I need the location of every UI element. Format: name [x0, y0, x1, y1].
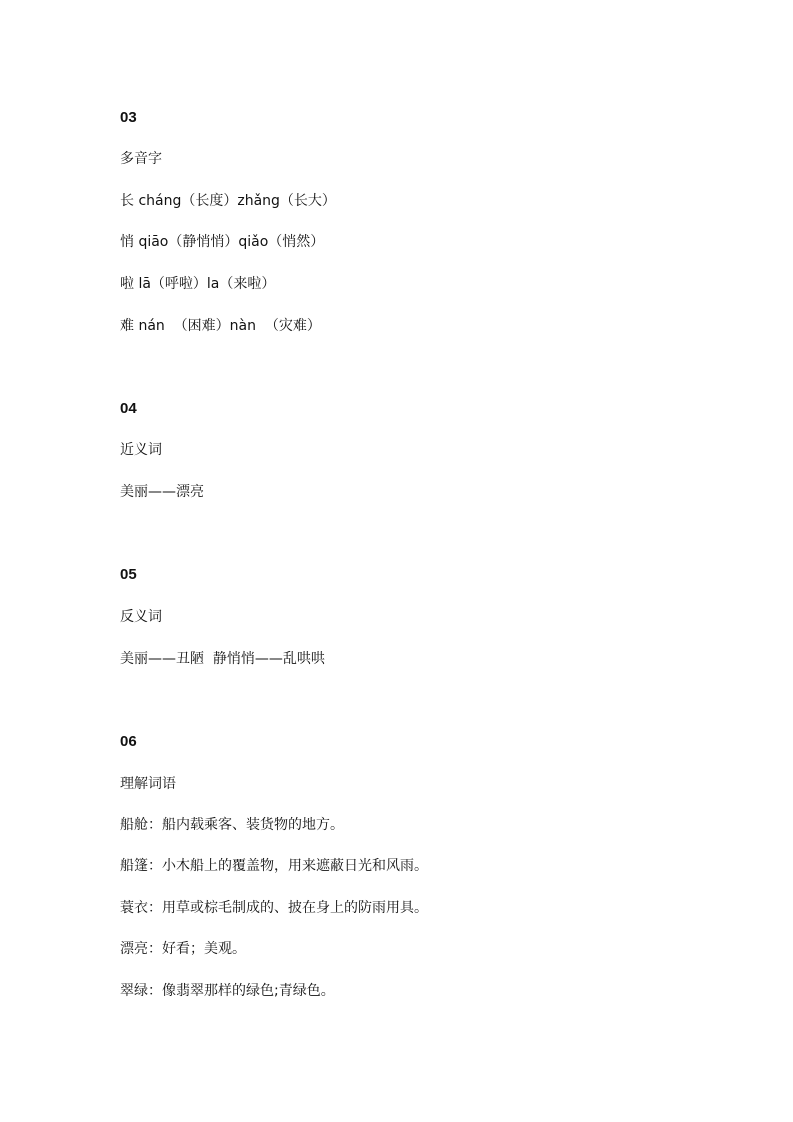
- section-title: 理解词语: [120, 775, 176, 793]
- definition-line: 船篷：小木船上的覆盖物，用来遮蔽日光和风雨。: [120, 857, 428, 875]
- antonym-line: 美丽——丑陋 静悄悄——乱哄哄: [120, 650, 325, 668]
- section-title: 近义词: [120, 441, 162, 459]
- definition-line: 船舱：船内载乘客、装货物的地方。: [120, 816, 344, 834]
- definition-line: 蓑衣：用草或棕毛制成的、披在身上的防雨用具。: [120, 899, 428, 917]
- synonym-line: 美丽——漂亮: [120, 483, 204, 501]
- polyphone-line: 悄 qiāo（静悄悄）qiǎo（悄然）: [120, 233, 324, 251]
- polyphone-line: 长 cháng（长度）zhǎng（长大）: [120, 192, 336, 210]
- section-title: 反义词: [120, 608, 162, 626]
- definition-line: 漂亮：好看；美观。: [120, 940, 246, 958]
- section-number: 05: [120, 566, 137, 584]
- section-title: 多音字: [120, 150, 162, 168]
- polyphone-line: 啦 lā（呼啦）la（来啦）: [120, 275, 275, 293]
- section-number: 04: [120, 400, 137, 418]
- polyphone-line: 难 nán （困难）nàn （灾难）: [120, 317, 321, 335]
- section-number: 03: [120, 109, 137, 127]
- section-number: 06: [120, 733, 137, 751]
- definition-line: 翠绿：像翡翠那样的绿色;青绿色。: [120, 982, 335, 1000]
